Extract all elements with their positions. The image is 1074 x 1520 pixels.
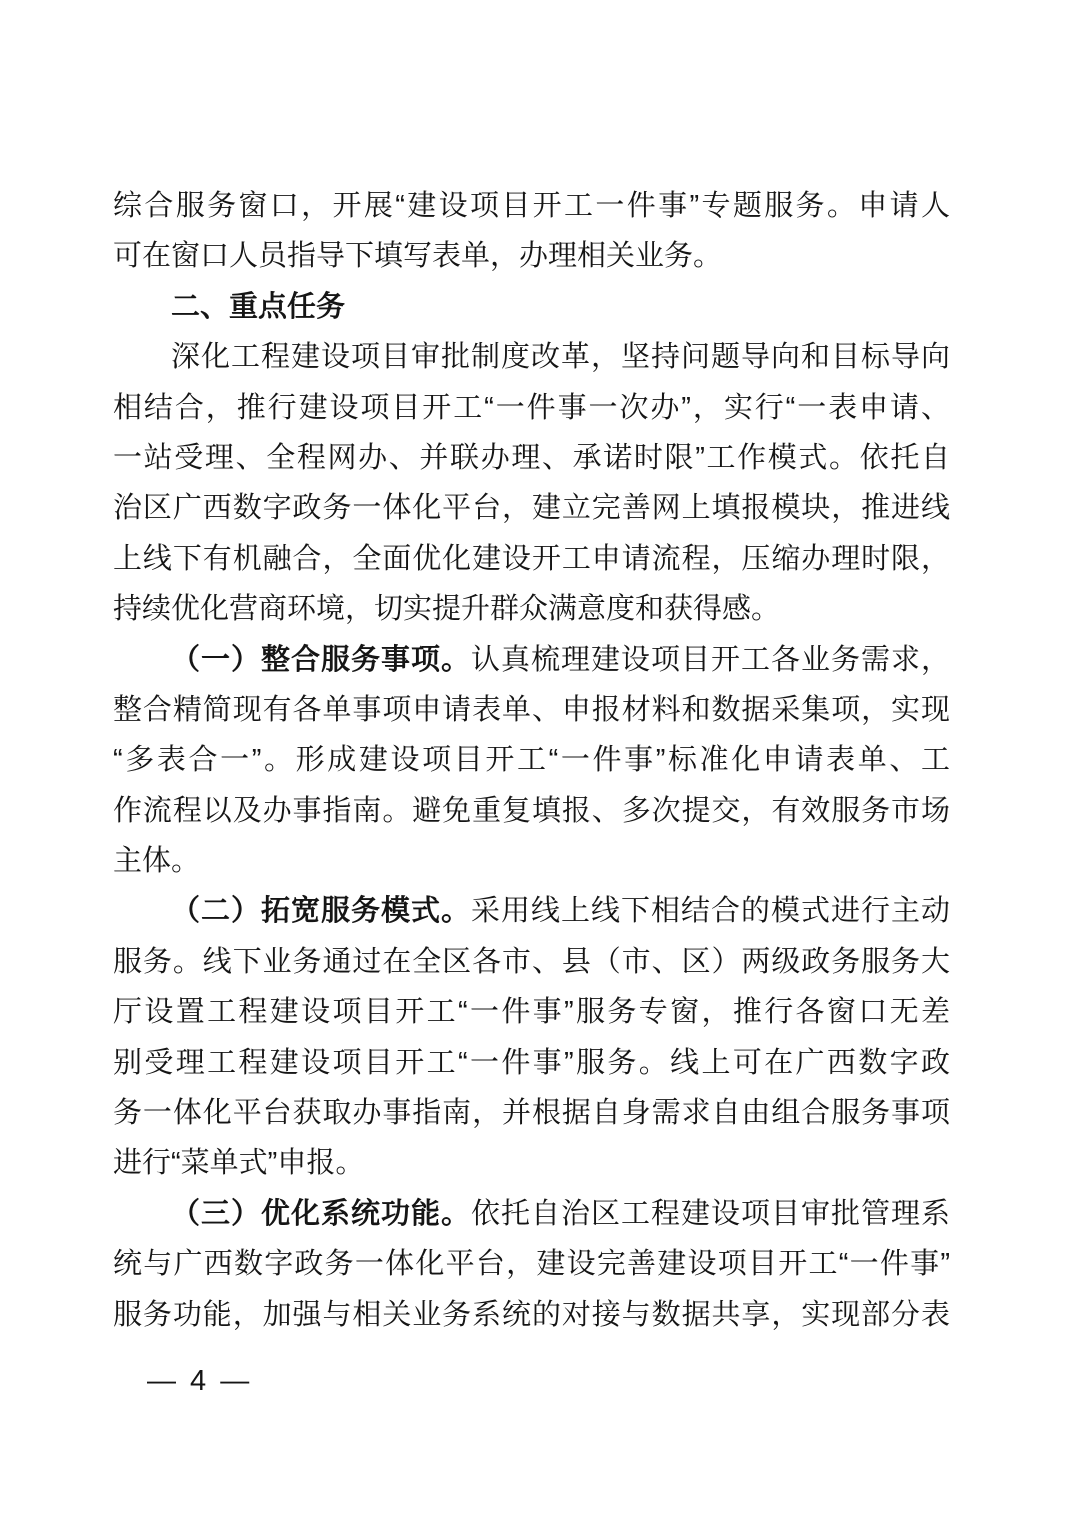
document-line: 别受理工程建设项目开工“一件事”服务。线上可在广西数字政 <box>113 1038 950 1088</box>
document-line: 作流程以及办事指南。避免重复填报、多次提交，有效服务市场 <box>113 786 950 836</box>
document-line: 相结合，推行建设项目开工“一件事一次办”，实行“一表申请、 <box>113 383 950 433</box>
document-body: 综合服务窗口，开展“建设项目开工一件事”专题服务。申请人 可在窗口人员指导下填写… <box>113 181 950 1340</box>
document-line: 综合服务窗口，开展“建设项目开工一件事”专题服务。申请人 <box>113 181 950 231</box>
document-line: 上线下有机融合，全面优化建设开工申请流程，压缩办理时限， <box>113 534 950 584</box>
document-line: 服务功能，加强与相关业务系统的对接与数据共享，实现部分表 <box>113 1290 950 1340</box>
subsection-1-text: 认真梳理建设项目开工各业务需求， <box>471 644 950 676</box>
subsection-2-text: 采用线上线下相结合的模式进行主动 <box>471 895 950 927</box>
document-line: 服务。线下业务通过在全区各市、县（市、区）两级政务服务大 <box>113 937 950 987</box>
section-heading: 二、重点任务 <box>113 282 950 332</box>
subsection-2-heading: （二）拓宽服务模式。 <box>171 895 471 927</box>
document-page: 综合服务窗口，开展“建设项目开工一件事”专题服务。申请人 可在窗口人员指导下填写… <box>0 0 1074 1520</box>
subsection-1-heading: （一）整合服务事项。 <box>171 644 471 676</box>
document-line: 深化工程建设项目审批制度改革，坚持问题导向和目标导向 <box>113 332 950 382</box>
document-line: 可在窗口人员指导下填写表单，办理相关业务。 <box>113 231 950 281</box>
subsection-3-heading: （三）优化系统功能。 <box>171 1198 471 1230</box>
subsection-3-opening-line: （三）优化系统功能。依托自治区工程建设项目审批管理系 <box>113 1189 950 1239</box>
subsection-2-opening-line: （二）拓宽服务模式。采用线上线下相结合的模式进行主动 <box>113 886 950 936</box>
page-number: — 4 — <box>147 1356 252 1406</box>
subsection-1-opening-line: （一）整合服务事项。认真梳理建设项目开工各业务需求， <box>113 635 950 685</box>
document-line: 厅设置工程建设项目开工“一件事”服务专窗，推行各窗口无差 <box>113 987 950 1037</box>
subsection-3-text: 依托自治区工程建设项目审批管理系 <box>471 1198 950 1230</box>
document-line: “多表合一”。形成建设项目开工“一件事”标准化申请表单、工 <box>113 735 950 785</box>
document-line: 主体。 <box>113 836 950 886</box>
document-line: 务一体化平台获取办事指南，并根据自身需求自由组合服务事项 <box>113 1088 950 1138</box>
document-line: 持续优化营商环境，切实提升群众满意度和获得感。 <box>113 584 950 634</box>
document-line: 一站受理、全程网办、并联办理、承诺时限”工作模式。依托自 <box>113 433 950 483</box>
document-line: 进行“菜单式”申报。 <box>113 1138 950 1188</box>
document-line: 统与广西数字政务一体化平台，建设完善建设项目开工“一件事” <box>113 1239 950 1289</box>
document-line: 整合精简现有各单事项申请表单、申报材料和数据采集项，实现 <box>113 685 950 735</box>
document-line: 治区广西数字政务一体化平台，建立完善网上填报模块，推进线 <box>113 483 950 533</box>
